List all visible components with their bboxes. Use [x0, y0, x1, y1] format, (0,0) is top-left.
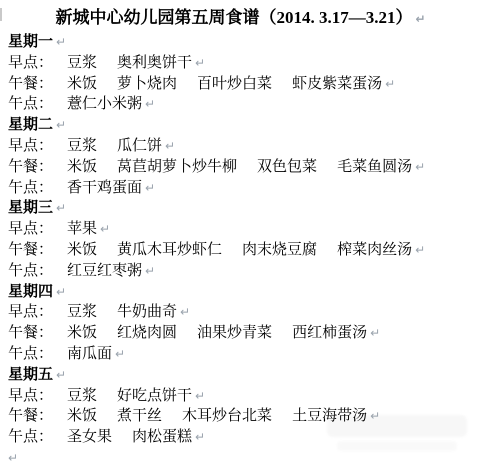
day-block: 星期三↵ 早点：苹果↵ 午餐：米饭黄瓜木耳炒虾仁肉末烧豆腐榨菜肉丝汤↵ 午点：红…: [8, 198, 473, 281]
meal-items: 圣女果肉松蛋糕: [67, 429, 192, 445]
meal-items: 豆浆好吃点饼干: [67, 388, 192, 404]
meal-row: 早点：豆浆瓜仁饼↵: [8, 136, 473, 157]
menu-item: 米饭: [67, 323, 97, 344]
paragraph-mark-icon: ↵: [165, 139, 175, 153]
menu-item: 毛菜鱼圆汤: [337, 157, 412, 178]
menu-item: 西红柿蛋汤: [292, 323, 367, 344]
empty-line: ↵: [8, 448, 473, 461]
menu-item: 牛奶曲奇: [117, 302, 177, 323]
menu-item: 豆浆: [67, 136, 97, 157]
meal-row: 早点：豆浆牛奶曲奇↵: [8, 302, 473, 323]
menu-item: 红烧肉圆: [117, 323, 177, 344]
menu-item: 黄瓜木耳炒虾仁: [117, 240, 222, 261]
paragraph-mark-icon: ↵: [56, 118, 66, 132]
menu-item: 莴苣胡萝卜炒牛柳: [117, 157, 237, 178]
menu-item: 肉末烧豆腐: [242, 240, 317, 261]
day-header-label: 星期五: [8, 367, 53, 383]
paragraph-mark-icon: ↵: [195, 56, 205, 70]
meal-row: 午点：薏仁小米粥↵: [8, 94, 473, 115]
meal-items: 薏仁小米粥: [67, 96, 142, 112]
menu-item: 苹果: [67, 219, 97, 240]
menu-item: 百叶炒白菜: [197, 74, 272, 95]
meal-label: 午点：: [8, 427, 53, 448]
menu-item: 煮干丝: [117, 406, 162, 427]
menu-item: 香干鸡蛋面: [67, 178, 142, 199]
paragraph-mark-icon: ↵: [370, 326, 380, 340]
meal-label: 午餐：: [8, 406, 53, 427]
meal-label: 午点：: [8, 178, 53, 199]
menu-days: 星期一↵ 早点：豆浆奥利奥饼干↵ 午餐：米饭萝卜烧肉百叶炒白菜虾皮紫菜蛋汤↵ 午…: [8, 32, 473, 448]
title-line: 新城中心幼儿园第五周食谱（2014. 3.17—3.21）↵: [8, 5, 473, 32]
meal-items: 米饭莴苣胡萝卜炒牛柳双色包菜毛菜鱼圆汤: [67, 159, 412, 175]
meal-row: 早点：豆浆奥利奥饼干↵: [8, 53, 473, 74]
paragraph-mark-icon: ↵: [180, 305, 190, 319]
meal-row: 午点：香干鸡蛋面↵: [8, 178, 473, 199]
meal-items: 豆浆牛奶曲奇: [67, 304, 177, 320]
menu-item: 圣女果: [67, 427, 112, 448]
paragraph-mark-icon: ↵: [145, 181, 155, 195]
paragraph-mark-icon: ↵: [100, 222, 110, 236]
meal-row: 午点：红豆红枣粥↵: [8, 261, 473, 282]
menu-item: 榨菜肉丝汤: [337, 240, 412, 261]
meal-label: 午餐：: [8, 157, 53, 178]
menu-item: 南瓜面: [67, 344, 112, 365]
menu-item: 双色包菜: [257, 157, 317, 178]
meal-items: 米饭黄瓜木耳炒虾仁肉末烧豆腐榨菜肉丝汤: [67, 242, 412, 258]
day-header: 星期四↵: [8, 282, 473, 303]
meal-items: 南瓜面: [67, 346, 112, 362]
menu-item: 豆浆: [67, 53, 97, 74]
menu-item: 好吃点饼干: [117, 386, 192, 407]
menu-item: 豆浆: [67, 386, 97, 407]
meal-items: 苹果: [67, 221, 97, 237]
paragraph-mark-icon: ↵: [415, 160, 425, 174]
menu-item: 虾皮紫菜蛋汤: [292, 74, 382, 95]
paragraph-mark-icon: ↵: [195, 430, 205, 444]
day-header-label: 星期三: [8, 200, 53, 216]
meal-row: 早点：苹果↵: [8, 219, 473, 240]
day-header: 星期三↵: [8, 198, 473, 219]
paragraph-mark-icon: ↵: [415, 243, 425, 257]
meal-items: 米饭煮干丝木耳炒台北菜土豆海带汤: [67, 408, 367, 424]
day-header-label: 星期一: [8, 34, 53, 50]
day-header: 星期五↵: [8, 365, 473, 386]
meal-items: 米饭红烧肉圆油果炒青菜西红柿蛋汤: [67, 325, 367, 341]
meal-label: 早点：: [8, 302, 53, 323]
paragraph-mark-icon: ↵: [56, 35, 66, 49]
meal-row: 午餐：米饭萝卜烧肉百叶炒白菜虾皮紫菜蛋汤↵: [8, 74, 473, 95]
paragraph-mark-icon: ↵: [370, 409, 380, 423]
paragraph-mark-icon: ↵: [195, 389, 205, 403]
menu-item: 米饭: [67, 157, 97, 178]
meal-items: 红豆红枣粥: [67, 263, 142, 279]
menu-item: 薏仁小米粥: [67, 94, 142, 115]
menu-item: 豆浆: [67, 302, 97, 323]
paragraph-mark-icon: ↵: [415, 12, 425, 26]
meal-label: 午餐：: [8, 240, 53, 261]
paragraph-mark-icon: ↵: [385, 77, 395, 91]
day-header-label: 星期四: [8, 284, 53, 300]
meal-row: 早点：豆浆好吃点饼干↵: [8, 386, 473, 407]
meal-label: 午点：: [8, 344, 53, 365]
meal-label: 午餐：: [8, 323, 53, 344]
meal-label: 早点：: [8, 53, 53, 74]
menu-item: 红豆红枣粥: [67, 261, 142, 282]
paragraph-mark-icon: ↵: [56, 285, 66, 299]
document-page: 新城中心幼儿园第五周食谱（2014. 3.17—3.21）↵ 星期一↵ 早点：豆…: [0, 0, 481, 461]
paragraph-mark-icon: ↵: [8, 451, 18, 461]
meal-row: 午餐：米饭煮干丝木耳炒台北菜土豆海带汤↵: [8, 406, 473, 427]
menu-item: 米饭: [67, 240, 97, 261]
menu-item: 萝卜烧肉: [117, 74, 177, 95]
meal-row: 午餐：米饭黄瓜木耳炒虾仁肉末烧豆腐榨菜肉丝汤↵: [8, 240, 473, 261]
meal-row: 午餐：米饭红烧肉圆油果炒青菜西红柿蛋汤↵: [8, 323, 473, 344]
meal-label: 早点：: [8, 219, 53, 240]
meal-items: 豆浆瓜仁饼: [67, 138, 162, 154]
meal-row: 午点：南瓜面↵: [8, 344, 473, 365]
menu-item: 米饭: [67, 406, 97, 427]
paragraph-mark-icon: ↵: [115, 347, 125, 361]
day-block: 星期二↵ 早点：豆浆瓜仁饼↵ 午餐：米饭莴苣胡萝卜炒牛柳双色包菜毛菜鱼圆汤↵ 午…: [8, 115, 473, 198]
menu-item: 奥利奥饼干: [117, 53, 192, 74]
meal-label: 早点：: [8, 136, 53, 157]
paragraph-mark-icon: ↵: [145, 264, 155, 278]
menu-item: 油果炒青菜: [197, 323, 272, 344]
day-header: 星期二↵: [8, 115, 473, 136]
meal-label: 午餐：: [8, 74, 53, 95]
paragraph-mark-icon: ↵: [56, 201, 66, 215]
menu-item: 土豆海带汤: [292, 406, 367, 427]
day-header: 星期一↵: [8, 32, 473, 53]
meal-row: 午餐：米饭莴苣胡萝卜炒牛柳双色包菜毛菜鱼圆汤↵: [8, 157, 473, 178]
menu-item: 瓜仁饼: [117, 136, 162, 157]
meal-label: 早点：: [8, 386, 53, 407]
menu-item: 米饭: [67, 74, 97, 95]
meal-items: 香干鸡蛋面: [67, 180, 142, 196]
day-block: 星期一↵ 早点：豆浆奥利奥饼干↵ 午餐：米饭萝卜烧肉百叶炒白菜虾皮紫菜蛋汤↵ 午…: [8, 32, 473, 115]
menu-item: 肉松蛋糕: [132, 427, 192, 448]
meal-items: 豆浆奥利奥饼干: [67, 55, 192, 71]
day-header-label: 星期二: [8, 117, 53, 133]
day-block: 星期四↵ 早点：豆浆牛奶曲奇↵ 午餐：米饭红烧肉圆油果炒青菜西红柿蛋汤↵ 午点：…: [8, 282, 473, 365]
menu-item: 木耳炒台北菜: [182, 406, 272, 427]
day-block: 星期五↵ 早点：豆浆好吃点饼干↵ 午餐：米饭煮干丝木耳炒台北菜土豆海带汤↵ 午点…: [8, 365, 473, 448]
meal-row: 午点：圣女果肉松蛋糕↵: [8, 427, 473, 448]
page-title: 新城中心幼儿园第五周食谱（2014. 3.17—3.21）: [55, 8, 412, 27]
paragraph-mark-icon: ↵: [145, 97, 155, 111]
meal-items: 米饭萝卜烧肉百叶炒白菜虾皮紫菜蛋汤: [67, 76, 382, 92]
paragraph-mark-icon: ↵: [56, 368, 66, 382]
meal-label: 午点：: [8, 261, 53, 282]
meal-label: 午点：: [8, 94, 53, 115]
